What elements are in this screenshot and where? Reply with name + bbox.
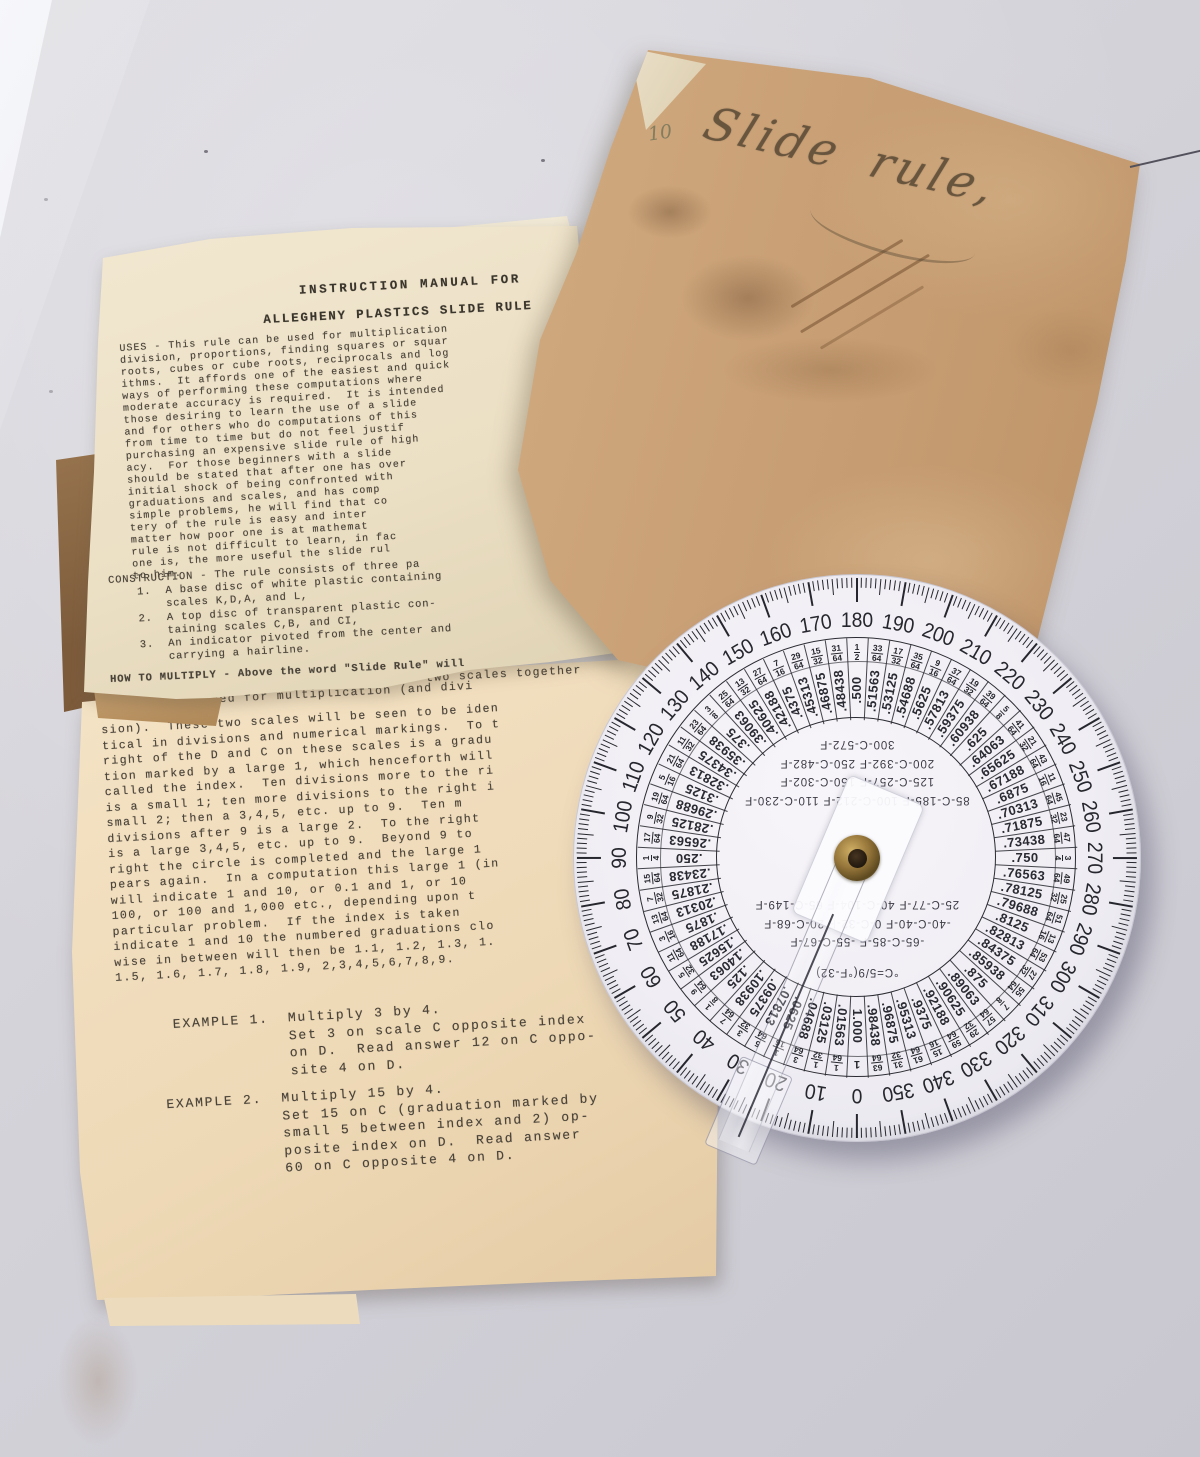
degree-tick	[901, 582, 907, 606]
degree-tick	[931, 1118, 935, 1127]
degree-tick	[779, 1118, 783, 1127]
degree-tick	[584, 794, 594, 797]
degree-tick	[827, 1127, 829, 1137]
fraction-denominator: 64	[651, 872, 662, 884]
dust-speck	[44, 198, 48, 201]
degree-tick	[847, 578, 848, 588]
manual-title: INSTRUCTION MANUAL FOR	[220, 268, 600, 302]
fraction-denominator: 64	[871, 652, 883, 663]
fraction-denominator: 64	[1052, 832, 1063, 844]
degree-tick	[585, 923, 594, 926]
degree-tick	[813, 1125, 816, 1135]
degree-tick	[612, 722, 621, 728]
degree-tick	[856, 1114, 858, 1138]
degree-tick	[931, 589, 935, 598]
fraction-denominator: 32	[890, 654, 903, 666]
degree-tick	[1127, 853, 1137, 854]
degree-tick	[936, 590, 940, 599]
degree-tick	[747, 600, 752, 609]
degree-tick	[822, 580, 824, 590]
fraction-cell: 6364	[865, 1051, 889, 1075]
degree-tick	[586, 926, 602, 931]
degree-tick	[577, 857, 601, 859]
degree-tick	[861, 578, 862, 588]
degree-tick	[866, 578, 867, 588]
degree-tick	[1114, 941, 1123, 945]
manual-subtitle: ALLEGHENY PLASTICS SLIDE RULE	[198, 296, 598, 331]
degree-tick	[940, 1115, 944, 1124]
fraction-cell: 1	[846, 1053, 868, 1075]
dust-speck	[541, 159, 545, 162]
degree-tick	[1104, 968, 1113, 973]
fraction-denominator: 64	[831, 652, 843, 663]
degree-tick	[1127, 843, 1137, 845]
temp-conversion-line: °C=5/9(°F-32)	[662, 963, 1052, 982]
degree-tick	[765, 593, 769, 602]
degree-tick	[1086, 1001, 1095, 1007]
degree-tick	[775, 590, 779, 599]
degree-tick	[1112, 926, 1128, 931]
degree-tick	[1119, 790, 1128, 793]
grommet-hole	[848, 849, 867, 868]
degree-tick	[889, 580, 891, 590]
degree-tick	[1127, 867, 1137, 868]
page2-example1-text: EXAMPLE 1. Multiply 3 by 4. Set 3 on sca…	[172, 992, 598, 1085]
degree-tick	[595, 757, 604, 761]
degree-tick	[592, 946, 601, 950]
degree-tick	[583, 914, 593, 917]
decimal-value: 1.000	[850, 996, 864, 1056]
degree-tick	[729, 608, 734, 617]
degree-tick	[962, 1107, 967, 1116]
degree-tick	[580, 900, 590, 903]
degree-tick	[832, 579, 835, 595]
degree-tick	[1124, 900, 1134, 903]
degree-tick	[852, 1128, 853, 1138]
degree-tick	[1127, 862, 1137, 863]
degree-tick	[875, 579, 877, 589]
degree-tick	[837, 1128, 839, 1138]
fraction-denominator: 32	[811, 654, 824, 666]
degree-tick	[871, 1128, 873, 1138]
fraction-numerator: 3	[792, 1055, 799, 1065]
degree-tick	[1114, 771, 1123, 775]
degree-tick	[589, 776, 598, 780]
degree-tick	[1098, 980, 1107, 985]
degree-tick	[958, 1109, 963, 1118]
fraction-denominator: 4	[651, 855, 661, 862]
degree-tick	[945, 593, 949, 602]
degree-tick	[578, 880, 594, 883]
degree-tick	[577, 848, 587, 849]
degree-tick	[917, 1121, 920, 1131]
fraction-numerator: 1	[855, 643, 860, 652]
fraction-denominator: 64	[871, 1053, 883, 1064]
degree-tick	[605, 735, 614, 740]
degree-tick	[582, 804, 592, 807]
circular-slide-rule-disc: 0102030405060708090100110120130140150160…	[573, 574, 1141, 1142]
temp-conversion-line: 300-C-572-F	[662, 735, 1052, 754]
degree-tick	[1120, 880, 1136, 883]
degree-tick	[588, 780, 597, 784]
degree-tick	[588, 932, 597, 936]
degree-tick	[1113, 946, 1122, 950]
degree-tick	[885, 1127, 887, 1137]
degree-tick	[591, 771, 600, 775]
degree-tick	[760, 595, 770, 618]
dust-speck	[204, 150, 208, 153]
degree-tick	[885, 579, 887, 589]
degree-tick	[856, 578, 858, 602]
degree-tick	[847, 1128, 848, 1138]
degree-tick	[577, 872, 587, 874]
dust-speck	[49, 390, 53, 393]
degree-tick	[1084, 1005, 1093, 1011]
degree-tick	[582, 909, 592, 912]
degree-tick	[1124, 814, 1134, 817]
fraction-numerator: 1	[642, 856, 651, 861]
pencil-streak	[820, 285, 924, 349]
page2-body-text: sion). These two scales will be seen to …	[101, 701, 514, 986]
degree-tick	[1122, 909, 1132, 912]
degree-tick	[579, 890, 589, 892]
degree-tick	[798, 584, 801, 594]
degree-tick	[1126, 828, 1136, 830]
photo-scene: iden- two scales together ally used for …	[0, 0, 1200, 1457]
degree-tick	[607, 730, 616, 735]
degree-tick	[1089, 997, 1098, 1003]
degree-tick	[1081, 1009, 1089, 1015]
degree-tick	[583, 799, 593, 802]
degree-tick	[578, 876, 588, 878]
degree-tick	[817, 1126, 819, 1136]
degree-tick	[585, 790, 594, 793]
degree-tick	[889, 1126, 891, 1136]
degree-tick	[936, 1117, 940, 1126]
envelope-faint-mark: 10	[647, 120, 674, 145]
degree-tick	[894, 1126, 896, 1136]
degree-tick	[591, 941, 600, 945]
temp-conversion-line: 200-C-392-F 250-C-482-F	[662, 754, 1052, 773]
degree-tick	[581, 902, 605, 908]
degree-tick	[913, 1122, 916, 1132]
fraction-whole: 1	[854, 1060, 860, 1069]
degree-tick	[1127, 848, 1137, 849]
degree-tick	[578, 886, 588, 888]
degree-tick	[803, 1123, 806, 1133]
degree-tick	[899, 581, 902, 591]
degree-tick	[577, 862, 587, 863]
fraction-numerator: 63	[873, 1063, 883, 1073]
degree-tick	[1106, 963, 1115, 968]
fraction-cell: 1564	[640, 866, 664, 890]
degree-tick	[817, 581, 819, 591]
degree-tick	[789, 1120, 792, 1129]
degree-tick	[577, 843, 587, 845]
degree-tick	[1116, 776, 1125, 780]
fraction-numerator: 3	[1064, 856, 1073, 861]
degree-tick	[879, 1121, 882, 1137]
degree-tick	[577, 867, 587, 868]
degree-tick	[579, 823, 589, 825]
degree-tick	[599, 748, 608, 753]
degree-tick	[610, 726, 619, 731]
fraction-denominator: 8	[709, 710, 721, 722]
degree-tick	[852, 578, 853, 588]
degree-tick	[832, 1121, 835, 1137]
degree-tick	[752, 598, 757, 607]
degree-tick	[1113, 857, 1137, 859]
degree-tick	[925, 1113, 930, 1129]
degree-tick	[696, 628, 706, 642]
degree-tick	[1120, 918, 1130, 921]
degree-tick	[1108, 959, 1117, 964]
degree-tick	[901, 1110, 907, 1134]
degree-tick	[756, 596, 760, 605]
degree-tick	[594, 761, 617, 771]
brass-grommet	[834, 835, 880, 881]
degree-tick	[597, 753, 606, 758]
degree-tick	[622, 705, 631, 711]
degree-tick	[1120, 833, 1136, 836]
degree-tick	[945, 1114, 949, 1123]
fraction-numerator: 1	[813, 1060, 819, 1070]
degree-tick	[793, 585, 796, 595]
degree-tick	[580, 814, 590, 817]
degree-tick	[601, 744, 610, 749]
degree-tick	[842, 578, 844, 588]
degree-tick	[953, 1110, 957, 1119]
degree-tick	[899, 1125, 902, 1135]
fraction-denominator: 64	[831, 1053, 843, 1064]
degree-tick	[1109, 902, 1133, 908]
degree-tick	[917, 585, 920, 595]
degree-tick	[827, 579, 829, 589]
degree-tick	[837, 579, 839, 589]
degree-tick	[940, 592, 944, 601]
degree-tick	[1127, 838, 1137, 840]
degree-tick	[967, 1105, 972, 1114]
degree-tick	[1119, 923, 1128, 926]
degree-tick	[592, 766, 601, 770]
degree-tick	[1096, 985, 1105, 990]
fraction-denominator: 64	[651, 832, 662, 844]
fraction-denominator: 2	[854, 652, 861, 662]
fraction-numerator: 31	[893, 1060, 904, 1071]
degree-tick	[1121, 914, 1131, 917]
degree-tick	[798, 1122, 801, 1132]
degree-tick	[1121, 799, 1131, 802]
degree-tick	[922, 1120, 925, 1129]
degree-tick	[743, 602, 748, 611]
degree-tick	[1125, 818, 1135, 820]
decimal-value: .500	[850, 660, 864, 720]
fraction-denominator: 32	[811, 1050, 824, 1062]
degree-tick	[789, 586, 792, 595]
fraction-denominator: 64	[909, 659, 923, 672]
degree-tick	[580, 818, 590, 820]
fraction-denominator: 16	[927, 665, 941, 679]
fraction-cell: 14	[640, 847, 662, 869]
degree-tick	[1125, 890, 1135, 892]
degree-tick	[1125, 895, 1135, 897]
fraction-denominator: 64	[792, 659, 806, 672]
degree-tick	[813, 581, 816, 591]
degree-tick	[1113, 766, 1122, 770]
degree-tick	[630, 693, 638, 699]
degree-tick	[1117, 780, 1126, 784]
degree-tick	[1125, 823, 1135, 825]
degree-tick	[1126, 886, 1136, 888]
degree-tick	[822, 1126, 824, 1136]
degree-tick	[1127, 876, 1137, 878]
degree-tick	[779, 589, 783, 598]
degree-tick	[908, 1123, 911, 1133]
degree-tick	[1116, 937, 1125, 941]
degree-tick	[580, 895, 590, 897]
fraction-numerator: 25	[1059, 894, 1070, 905]
degree-tick	[879, 579, 882, 595]
degree-tick	[589, 937, 598, 941]
degree-tick	[793, 1121, 796, 1131]
degree-tick	[1127, 872, 1137, 874]
degree-tick	[894, 581, 896, 591]
degree-tick	[842, 1128, 844, 1138]
degree-tick	[578, 833, 594, 836]
surface-stain	[58, 1316, 138, 1446]
degree-tick	[913, 584, 916, 594]
page1-construction-text: CONSTRUCTION - The rule consists of thre…	[108, 557, 453, 667]
degree-tick	[1120, 794, 1130, 797]
degree-tick	[871, 578, 873, 588]
page2-example2-text: EXAMPLE 2. Multiply 15 by 4. Set 15 on C…	[166, 1072, 602, 1183]
degree-tick	[922, 586, 925, 595]
fraction-denominator: 4	[1054, 855, 1064, 862]
degree-tick	[578, 838, 588, 840]
page1-body-text: USES - This rule can be used for multipl…	[119, 324, 462, 583]
degree-tick	[577, 853, 587, 854]
degree-tick	[1109, 954, 1118, 958]
fraction-denominator: 64	[1052, 872, 1063, 884]
fraction-numerator: 47	[1062, 832, 1072, 842]
degree-tick	[619, 709, 628, 715]
degree-tick	[875, 1128, 877, 1138]
degree-tick	[925, 587, 930, 603]
degree-tick	[578, 828, 588, 830]
degree-tick	[770, 592, 774, 601]
degree-tick	[584, 918, 594, 921]
degree-tick	[1117, 932, 1126, 936]
degree-label: 350	[867, 1075, 929, 1107]
degree-tick	[861, 1128, 862, 1138]
fraction-numerator: 49	[1062, 874, 1072, 884]
degree-tick	[1100, 976, 1109, 981]
degree-tick	[866, 1128, 867, 1138]
fraction-numerator: 1	[834, 1063, 840, 1072]
degree-tick	[908, 583, 911, 593]
degree-tick	[1122, 804, 1132, 807]
degree-tick	[975, 1101, 980, 1110]
degree-tick	[803, 583, 806, 593]
